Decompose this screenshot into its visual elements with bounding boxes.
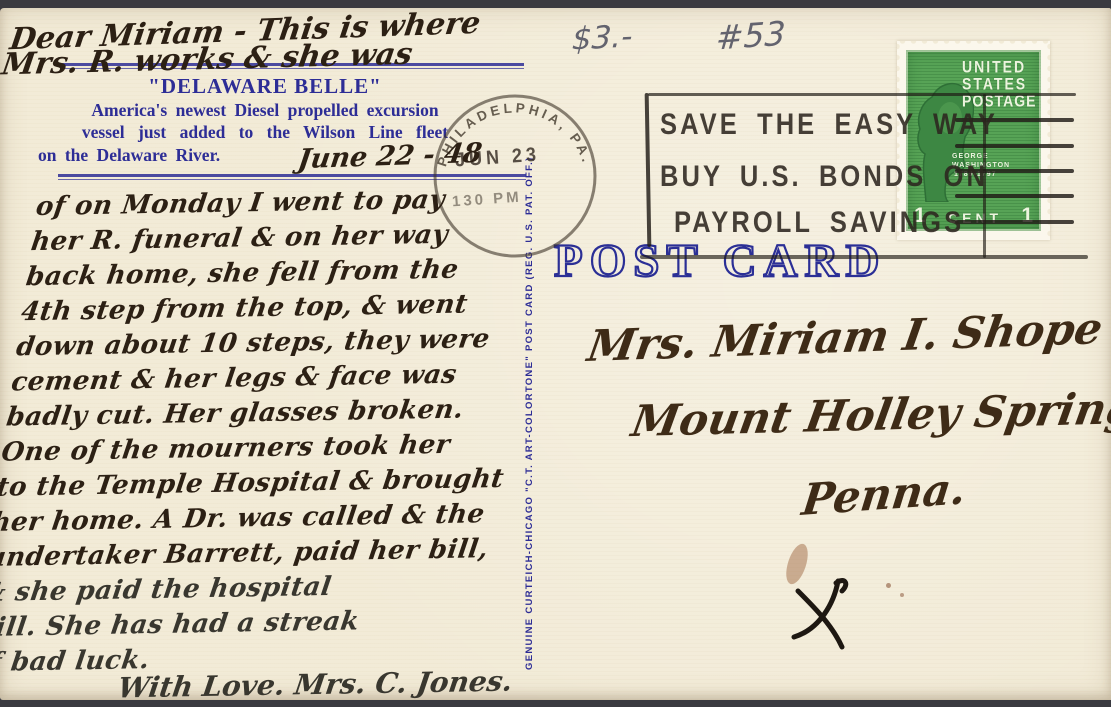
postcard-back: "DELAWARE BELLE" America's newest Diesel… (0, 8, 1111, 700)
ink-speck (900, 593, 904, 597)
cancel-killer-bar (955, 220, 1074, 224)
pencil-price: $3.- (571, 18, 633, 57)
cancel-killer-bar (955, 194, 1074, 198)
stamp-numeral-right: 1 (1021, 204, 1033, 228)
caption-line-3: on the Delaware River. (38, 145, 220, 166)
address-line-2: Mount Holley Springs. (628, 383, 1111, 447)
address-line-1: Mrs. Miriam I. Shope (584, 304, 1106, 372)
slogan-line-1: SAVE THE EASY WAY (660, 108, 998, 142)
cancel-killer-bar-long (640, 255, 1088, 259)
slogan-line-2: BUY U.S. BONDS ON (660, 160, 988, 194)
date-note: June 22 - 48 (296, 138, 484, 176)
cancel-left-bracket (645, 93, 651, 247)
cancel-top-rule (648, 93, 1076, 96)
ink-speck (886, 583, 891, 588)
address-line-3: Penna. (799, 464, 969, 526)
slogan-line-3: PAYROLL SAVINGS (674, 206, 964, 240)
signature: With Love. Mrs. C. Jones. (116, 665, 515, 705)
pencil-number: #53 (715, 13, 786, 57)
ink-x-mark (780, 563, 880, 663)
cancel-killer-bar (955, 144, 1074, 148)
